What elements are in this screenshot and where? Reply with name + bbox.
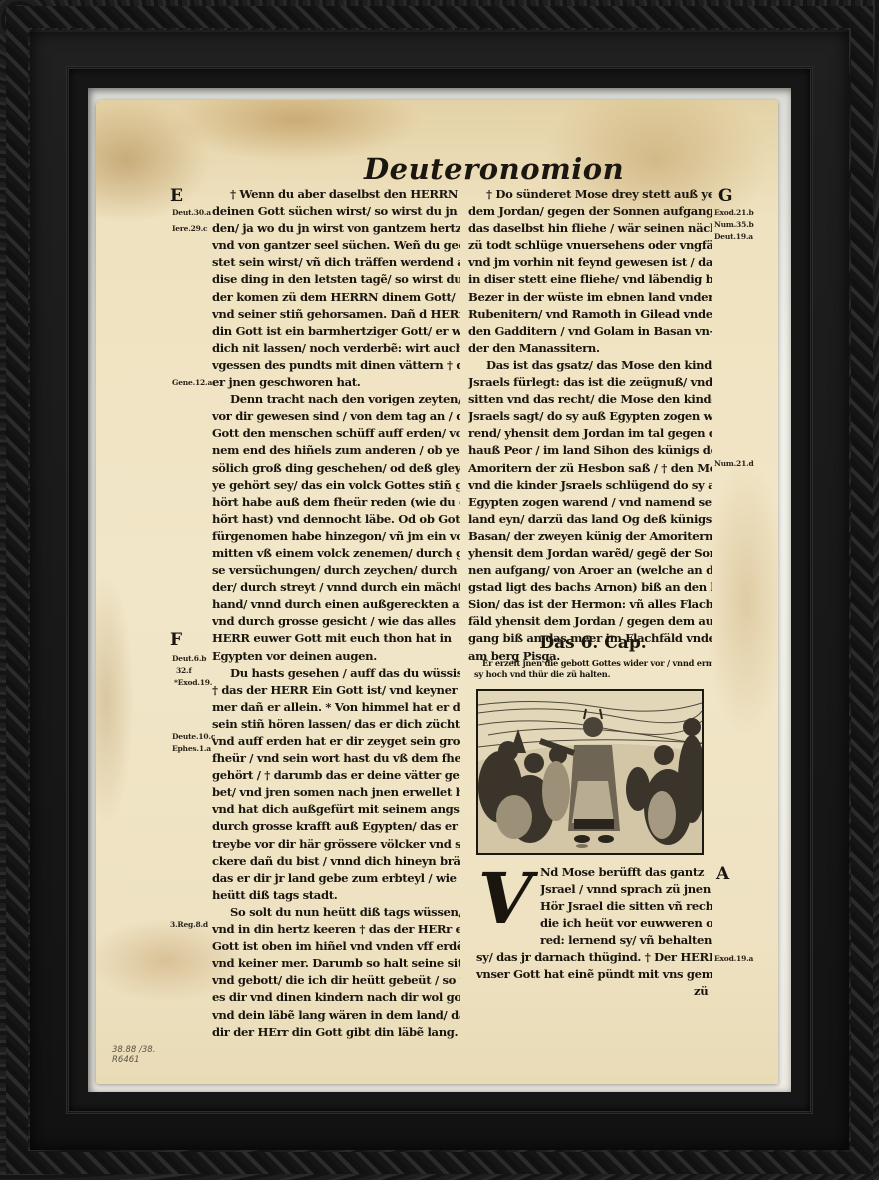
catchword: zü bbox=[694, 983, 708, 1000]
text-line: bet/ vnd jren somen nach jnen erwellet h… bbox=[212, 784, 460, 801]
text-line: mitten vß einem volck zenemen/ durch gro… bbox=[212, 545, 460, 562]
text-line: Rubenitern/ vnd Ramoth in Gilead vnder bbox=[468, 306, 712, 323]
text-line: Du hasts gesehen / auff das du wüssist bbox=[212, 665, 460, 682]
text-line: vnd in din hertz keeren † das der HERr e… bbox=[212, 921, 460, 938]
text-line: hört habe auß dem fheür reden (wie du ge… bbox=[212, 494, 460, 511]
margin-note: Num.21.d bbox=[714, 459, 754, 468]
text-line: das daselbst hin fliehe / wär seinen näc… bbox=[468, 220, 712, 237]
margin-note: Exod.19.a bbox=[714, 954, 753, 963]
text-line: stet sein wirst/ vñ dich träffen werdend… bbox=[212, 254, 460, 271]
text-line: Hör Jsrael die sitten vñ recht bbox=[540, 898, 712, 915]
text-line: vgessen des pundts mit dinen vättern † d… bbox=[212, 357, 460, 374]
margin-note: Ephes.1.a bbox=[172, 744, 211, 753]
text-line: Jsraels fürlegt: das ist die zeügnuß/ vn… bbox=[468, 374, 712, 391]
text-line: hauß Peor / im land Sihon des künigs der bbox=[468, 442, 712, 459]
text-line: red: lernend sy/ vñ behaltend bbox=[540, 932, 712, 949]
text-line: † das der HERR Ein Gott ist/ vnd keyner bbox=[212, 682, 460, 699]
text-line: vnd seiner stiñ gehorsamen. Dañ d HERr bbox=[212, 306, 460, 323]
text-line: er jnen geschworen hat. bbox=[212, 374, 460, 391]
paragraph-continuation: sy/ das jr darnach thügind. † Der HERRvn… bbox=[476, 949, 712, 983]
text-line: die ich heüt vor euwweren oren bbox=[540, 915, 712, 932]
picture-frame: Deuteronomion E F † Wenn du aber daselbs… bbox=[0, 0, 879, 1180]
text-line: der komen zü dem HERRN dinem Gott/ bbox=[212, 289, 460, 306]
text-line: der/ durch streyt / vnnd durch ein mächt… bbox=[212, 579, 460, 596]
margin-note: 3.Reg.8.d bbox=[170, 920, 208, 929]
text-line: ye gehört sey/ das ein volck Gottes stiñ… bbox=[212, 477, 460, 494]
text-line: zü todt schlüge vnuersehens oder vngfärd… bbox=[468, 237, 712, 254]
margin-note: 32.f bbox=[176, 666, 191, 675]
text-line: dich nit lassen/ noch verderbẽ: wirt auc… bbox=[212, 340, 460, 357]
drop-cap-paragraph: Nd Mose berüfft das gantzJsrael / vnnd s… bbox=[540, 864, 712, 949]
text-line: in diser stett eine fliehe/ vnd läbendig… bbox=[468, 271, 712, 288]
margin-note: Num.35.b bbox=[714, 220, 754, 229]
text-line: fheür / vnd sein wort hast du vß dem fhe… bbox=[212, 750, 460, 767]
text-line: din Gott ist ein barmhertziger Gott/ er … bbox=[212, 323, 460, 340]
text-line: hört hast) vnd dennocht läbe. Od ob Gott bbox=[212, 511, 460, 528]
text-line: vnd auff erden hat er dir zeyget sein gr… bbox=[212, 733, 460, 750]
shelfmark-annotation: 38.88 /38. R6461 bbox=[112, 1045, 155, 1065]
text-line: es dir vnd dinen kindern nach dir wol go… bbox=[212, 989, 460, 1006]
text-line: dise ding in den letsten tagẽ/ so wirst … bbox=[212, 271, 460, 288]
text-line: fäld yhensit dem Jordan / gegen dem auf- bbox=[468, 613, 712, 630]
text-line: gstad ligt des bachs Arnon) biß an den b… bbox=[468, 579, 712, 596]
text-line: vnd hat dich außgefürt mit seinem angsic… bbox=[212, 801, 460, 818]
text-line: vnd jm vorhin nit feynd gewesen ist / da… bbox=[468, 254, 712, 271]
text-line: vor dir gewesen sind / von dem tag an / … bbox=[212, 408, 460, 425]
text-line: nen aufgang/ von Aroer an (welche an dem bbox=[468, 562, 712, 579]
text-line: yhensit dem Jordan warẽd/ gegẽ der Son bbox=[468, 545, 712, 562]
text-line: vnd von gantzer seel süchen. Weñ du geen… bbox=[212, 237, 460, 254]
text-line: Nd Mose berüfft das gantz bbox=[540, 864, 712, 881]
text-line: Basan/ der zweyen künig der Amoritern di… bbox=[468, 528, 712, 545]
text-line: sitten vnd das recht/ die Mose den kinde… bbox=[468, 391, 712, 408]
shelfmark-line: R6461 bbox=[112, 1055, 155, 1065]
text-line: † Wenn du aber daselbst den HERRN bbox=[212, 186, 460, 203]
text-line: land eyn/ darzü das land Og deß künigs z… bbox=[468, 511, 712, 528]
left-column-text: † Wenn du aber daselbst den HERRNdeinen … bbox=[212, 186, 460, 1041]
text-line: vnd gebott/ die ich dir heütt gebeüt / s… bbox=[212, 972, 460, 989]
text-line: Amoritern der zü Hesbon saß / † den Mose bbox=[468, 460, 712, 477]
text-line: nem end des hiñels zum anderen / ob ye e… bbox=[212, 442, 460, 459]
right-column-text: † Do sünderet Mose drey stett auß yensit… bbox=[468, 186, 712, 665]
section-letter-g: G bbox=[718, 186, 733, 206]
drop-cap-letter: V bbox=[474, 864, 536, 934]
section-letter-a: A bbox=[716, 864, 729, 884]
document-page: Deuteronomion E F † Wenn du aber daselbs… bbox=[96, 100, 778, 1084]
margin-note: Deut.6.b bbox=[172, 654, 206, 663]
text-line: sölich groß ding geschehen/ od deß gleyc… bbox=[212, 460, 460, 477]
text-line: sein stiñ hören lassen/ das er dich züch… bbox=[212, 716, 460, 733]
summary-line: Er erzelt jnen die gebott Gottes wider v… bbox=[474, 658, 712, 669]
woodcut-illustration bbox=[476, 689, 704, 855]
text-line: dem Jordan/ gegen der Sonnen aufgang/ bbox=[468, 203, 712, 220]
chapter-heading: Das 6. Cap. bbox=[478, 633, 708, 653]
text-line: So solt du nun heütt diß tags wüssen/ bbox=[212, 904, 460, 921]
text-line: vnd keiner mer. Darumb so halt seine sit… bbox=[212, 955, 460, 972]
page-title: Deuteronomion bbox=[364, 152, 574, 186]
text-line: Jsraels sagt/ do sy auß Egypten zogen wa bbox=[468, 408, 712, 425]
margin-note: Deut.19.a bbox=[714, 232, 753, 241]
margin-note: Exod.21.b bbox=[714, 208, 754, 217]
text-line: Denn tracht nach den vorigen zeyten/ die bbox=[212, 391, 460, 408]
text-line: treybe vor dir här grössere völcker vnd … bbox=[212, 836, 460, 853]
text-line: das er dir jr land gebe zum erbteyl / wi… bbox=[212, 870, 460, 887]
text-line: Das ist das gsatz/ das Mose den kindern bbox=[468, 357, 712, 374]
section-letter-e: E bbox=[170, 186, 183, 206]
margin-note: Deute.10.c bbox=[172, 732, 215, 741]
text-line: deinen Gott süchen wirst/ so wirst du jn… bbox=[212, 203, 460, 220]
text-line: der den Manassitern. bbox=[468, 340, 712, 357]
chapter-summary: Er erzelt jnen die gebott Gottes wider v… bbox=[474, 658, 712, 680]
text-line: rend/ yhensit dem Jordan im tal gegen de… bbox=[468, 425, 712, 442]
text-line: HERR euwer Gott mit euch thon hat in bbox=[212, 630, 460, 647]
text-line: ckere dañ du bist / vnnd dich hineyn brä… bbox=[212, 853, 460, 870]
summary-line: sy hoch vnd thür die zü halten. bbox=[474, 669, 712, 680]
text-line: hand/ vnnd durch einen außgereckten arm/ bbox=[212, 596, 460, 613]
margin-note: Gene.12.a bbox=[172, 378, 212, 387]
text-line: durch grosse krafft auß Egypten/ das er … bbox=[212, 818, 460, 835]
text-line: Egypten vor deinen augen. bbox=[212, 648, 460, 665]
text-line: den/ ja wo du jn wirst von gantzem hertz… bbox=[212, 220, 460, 237]
text-line: heütt diß tags stadt. bbox=[212, 887, 460, 904]
text-line: vnd die kinder Jsraels schlügend do sy a… bbox=[468, 477, 712, 494]
text-line: sy/ das jr darnach thügind. † Der HERR bbox=[476, 949, 712, 966]
text-line: gehört / † darumb das er deine vätter ge… bbox=[212, 767, 460, 784]
text-line: Gott ist oben im hiñel vnd vnden vff erd… bbox=[212, 938, 460, 955]
text-line: Sion/ das ist der Hermon: vñ alles Flach… bbox=[468, 596, 712, 613]
text-line: Egypten zogen warend / vnd namend seyn bbox=[468, 494, 712, 511]
text-line: mer dañ er allein. * Von himmel hat er d… bbox=[212, 699, 460, 716]
moses-woodcut-icon bbox=[478, 691, 702, 853]
text-line: den Gadditern / vnd Golam in Basan vn- bbox=[468, 323, 712, 340]
text-line: vnser Gott hat einẽ pündt mit vns gemach… bbox=[476, 966, 712, 983]
shelfmark-line: 38.88 /38. bbox=[112, 1045, 155, 1055]
margin-note: *Exod.19. bbox=[174, 678, 212, 687]
margin-note: Deut.30.a bbox=[172, 208, 211, 217]
text-line: Jsrael / vnnd sprach zü jnen: bbox=[540, 881, 712, 898]
text-line: vnd dein läbẽ lang wären in dem land/ da… bbox=[212, 1007, 460, 1024]
section-letter-f: F bbox=[170, 630, 182, 650]
text-line: † Do sünderet Mose drey stett auß yensit bbox=[468, 186, 712, 203]
text-line: Gott den menschen schüff auff erden/ von… bbox=[212, 425, 460, 442]
text-line: Bezer in der wüste im ebnen land vnder d… bbox=[468, 289, 712, 306]
text-line: dir der HErr din Gott gibt din läbẽ lang… bbox=[212, 1024, 460, 1041]
margin-note: Iere.29.c bbox=[172, 224, 207, 233]
text-line: vnd durch grosse gesicht / wie das alles… bbox=[212, 613, 460, 630]
text-line: se versüchungen/ durch zeychen/ durch wu… bbox=[212, 562, 460, 579]
text-line: fürgenomen habe hinzegon/ vñ jm ein volc… bbox=[212, 528, 460, 545]
